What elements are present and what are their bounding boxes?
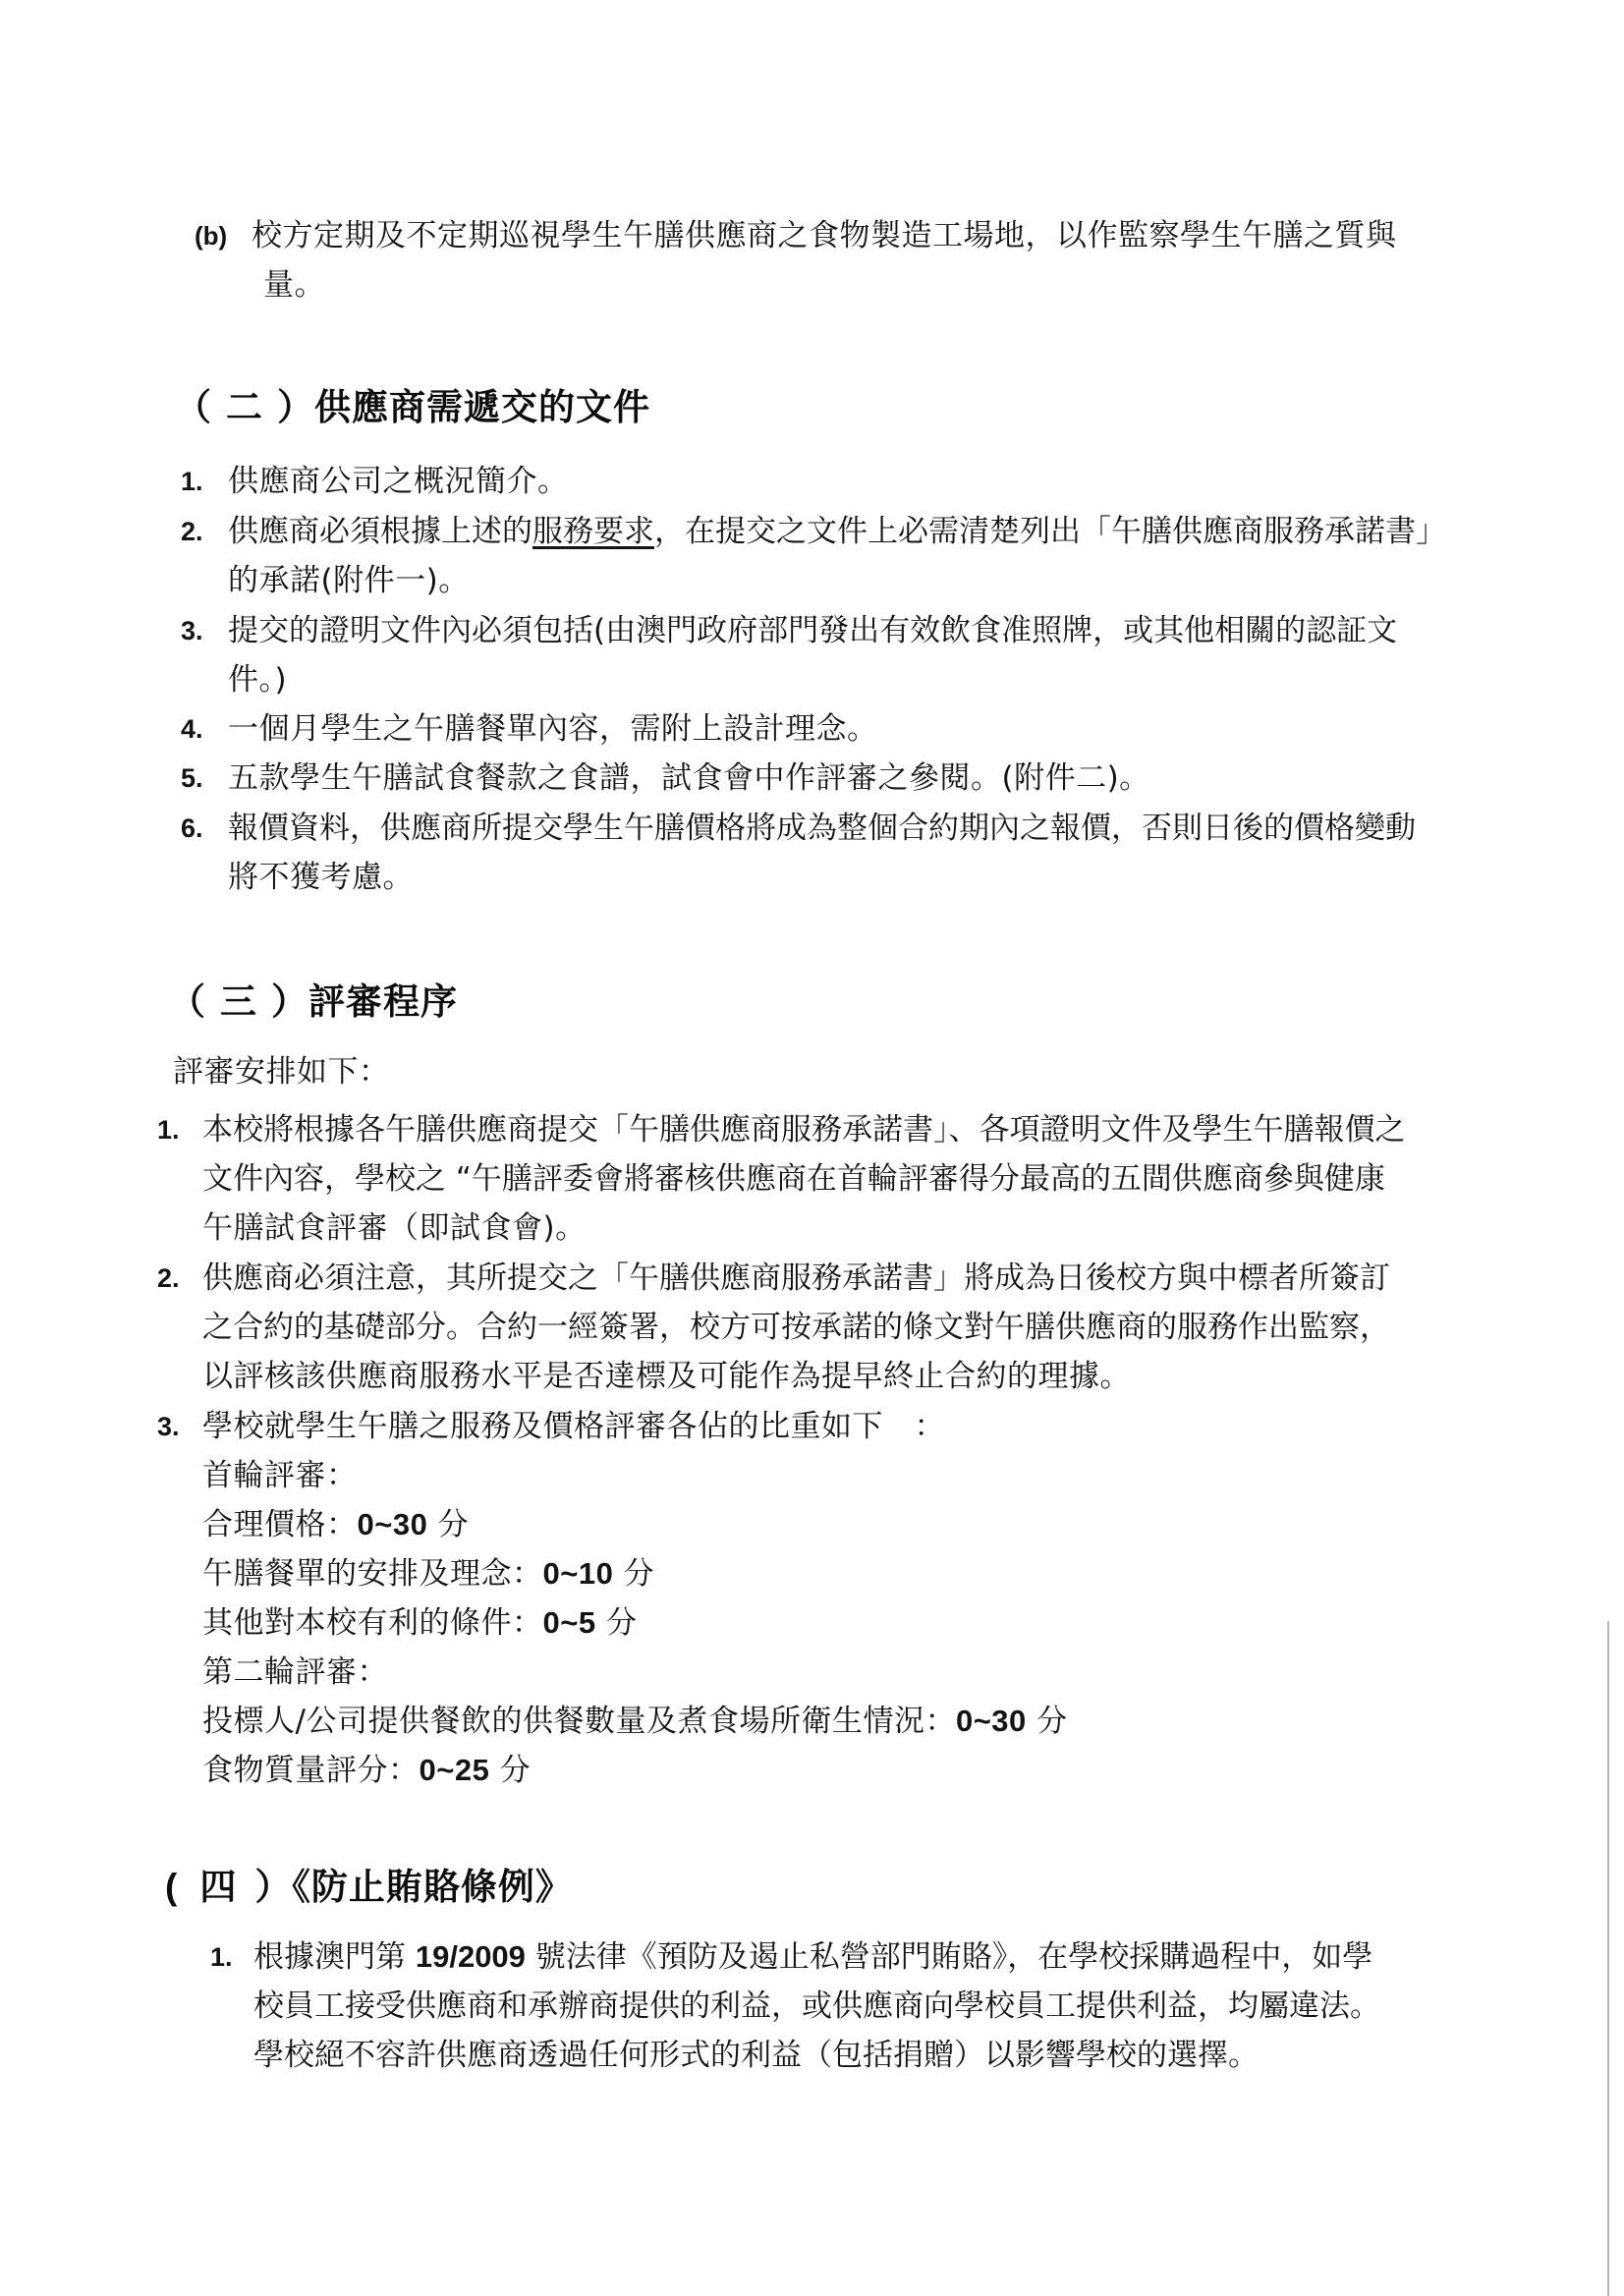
score-unit: 分 <box>489 1753 531 1788</box>
s2-item-5-num: 5. <box>181 758 203 798</box>
s4-item-1-pre: 根據澳門第 <box>253 1939 416 1975</box>
score-label: 合理價格： <box>202 1507 358 1542</box>
s3-item-3-num: 3. <box>157 1407 180 1446</box>
s2-item-6-line-1: 報價資料，供應商所提交學生午膳價格將成為整個合約期內之報價，否則日後的價格變動 <box>228 809 1416 848</box>
s2-item-2-num: 2. <box>181 512 203 551</box>
score-unit: 分 <box>1027 1704 1068 1739</box>
item-b-line-1: 校方定期及不定期巡視學生午膳供應商之食物製造工場地，以作監察學生午膳之質與 <box>252 216 1397 255</box>
heading-open-paren: （ <box>169 980 206 1023</box>
s3-intro: 評審安排如下： <box>173 1052 390 1092</box>
score-label: 投標人/公司提供餐飲的供餐數量及煮食場所衛生情況： <box>202 1704 956 1739</box>
s2-item-3-line-2: 件。) <box>228 660 287 700</box>
item-b-marker: (b) <box>195 216 227 255</box>
score-unit: 分 <box>427 1507 469 1542</box>
scan-edge-line <box>1607 1621 1609 2296</box>
score-label: 食物質量評分： <box>202 1753 420 1788</box>
s3-item-1-line-1: 本校將根據各午膳供應商提交「午膳供應商服務承諾書」、各項證明文件及學生午膳報價之 <box>202 1110 1406 1149</box>
score-menu-arrangement: 午膳餐單的安排及理念：0~10 分 <box>202 1554 654 1594</box>
s2-item-6-line-2: 將不獲考慮。 <box>228 858 414 897</box>
round-1-label: 首輪評審： <box>202 1456 358 1495</box>
score-food-quality: 食物質量評分：0~25 分 <box>202 1751 531 1790</box>
score-unit: 分 <box>613 1556 654 1592</box>
heading-close-paren: ） <box>271 980 308 1023</box>
heading-title: 供應商需遞交的文件 <box>314 386 650 428</box>
score-reasonable-price: 合理價格：0~30 分 <box>202 1505 469 1544</box>
score-label: 午膳餐單的安排及理念： <box>202 1556 543 1592</box>
score-range: 0~30 <box>358 1507 428 1541</box>
section-4-heading: (四）《防止賄賂條例》 <box>165 1865 573 1910</box>
s4-item-1-line-2: 校員工接受供應商和承辦商提供的利益，或供應商向學校員工提供利益，均屬違法。 <box>253 1987 1380 2026</box>
s2-item-2-post: ，在提交之文件上必需清楚列出「午膳供應商服務承諾書」 <box>654 514 1446 549</box>
score-label: 其他對本校有利的條件： <box>202 1605 543 1641</box>
s3-item-2-line-2: 之合約的基礎部分。合約一經簽署，校方可按承諾的條文對午膳供應商的服務作出監察， <box>202 1308 1390 1347</box>
score-supply-hygiene: 投標人/公司提供餐飲的供餐數量及煮食場所衛生情況：0~30 分 <box>202 1702 1068 1741</box>
score-other-conditions: 其他對本校有利的條件：0~5 分 <box>202 1603 637 1643</box>
s2-item-2-line-2: 的承諾(附件一)。 <box>228 561 470 600</box>
score-range: 0~5 <box>543 1605 596 1640</box>
score-range: 0~30 <box>956 1704 1027 1738</box>
s2-item-3-line-1: 提交的證明文件內必須包括(由澳門政府部門發出有效飲食准照牌，或其他相關的認証文 <box>228 611 1397 650</box>
s2-item-2-pre: 供應商必須根據上述的 <box>228 514 532 549</box>
heading-close-paren: ） <box>254 1866 292 1908</box>
s3-item-2-num: 2. <box>157 1259 180 1298</box>
heading-title: 《防止賄賂條例》 <box>292 1866 573 1908</box>
s2-item-1-line-1: 供應商公司之概況簡介。 <box>228 462 569 501</box>
s3-item-2-line-3: 以評核該供應商服務水平是否達標及可能作為提早終止合約的理據。 <box>202 1357 1131 1396</box>
s2-item-4-num: 4. <box>181 709 203 749</box>
s4-item-1-line-1: 根據澳門第 19/2009 號法律《預防及遏止私營部門賄賂》，在學校採購過程中，… <box>253 1937 1372 1977</box>
score-unit: 分 <box>596 1605 638 1641</box>
s2-item-1-num: 1. <box>181 462 203 501</box>
s4-item-1-post: 號法律《預防及遏止私營部門賄賂》，在學校採購過程中，如學 <box>526 1939 1372 1975</box>
s3-item-1-line-3: 午膳試食評審（即試食會)。 <box>202 1208 587 1248</box>
service-requirements-underlined: 服務要求 <box>532 514 654 549</box>
heading-number: 二 <box>226 386 263 428</box>
heading-close-paren: ） <box>277 386 314 428</box>
s4-item-1-num: 1. <box>210 1937 233 1977</box>
heading-open-paren: ( <box>165 1867 178 1907</box>
s3-item-2-line-1: 供應商必須注意，其所提交之「午膳供應商服務承諾書」將成為日後校方與中標者所簽訂 <box>202 1259 1390 1298</box>
heading-number: 四 <box>199 1866 237 1908</box>
heading-title: 評審程序 <box>308 980 458 1023</box>
round-2-label: 第二輪評審： <box>202 1652 388 1692</box>
heading-open-paren: （ <box>175 386 212 428</box>
s2-item-6-num: 6. <box>181 809 203 848</box>
section-3-heading: （三）評審程序 <box>169 980 458 1025</box>
item-b-line-2: 量。 <box>263 265 325 305</box>
s3-item-3-line-1: 學校就學生午膳之服務及價格評審各佔的比重如下 ： <box>202 1407 945 1446</box>
s2-item-3-num: 3. <box>181 611 203 650</box>
s2-item-2-line-1: 供應商必須根據上述的服務要求，在提交之文件上必需清楚列出「午膳供應商服務承諾書」 <box>228 512 1446 551</box>
law-number: 19/2009 <box>416 1939 526 1974</box>
score-range: 0~25 <box>420 1753 490 1787</box>
section-2-heading: （二）供應商需遞交的文件 <box>175 385 650 430</box>
s3-item-1-line-2: 文件內容，學校之 “午膳評委會將審核供應商在首輪評審得分最高的五間供應商參與健康 <box>202 1159 1385 1199</box>
s4-item-1-line-3: 學校絕不容許供應商透過任何形式的利益（包括捐贈）以影響學校的選擇。 <box>253 2036 1259 2075</box>
s2-item-4-line-1: 一個月學生之午膳餐單內容，需附上設計理念。 <box>228 709 878 749</box>
s3-item-1-num: 1. <box>157 1110 180 1149</box>
heading-number: 三 <box>220 980 257 1023</box>
score-range: 0~10 <box>543 1556 614 1591</box>
s2-item-5-line-1: 五款學生午膳試食餐款之食譜，試食會中作評審之參閱。(附件二)。 <box>228 758 1150 798</box>
